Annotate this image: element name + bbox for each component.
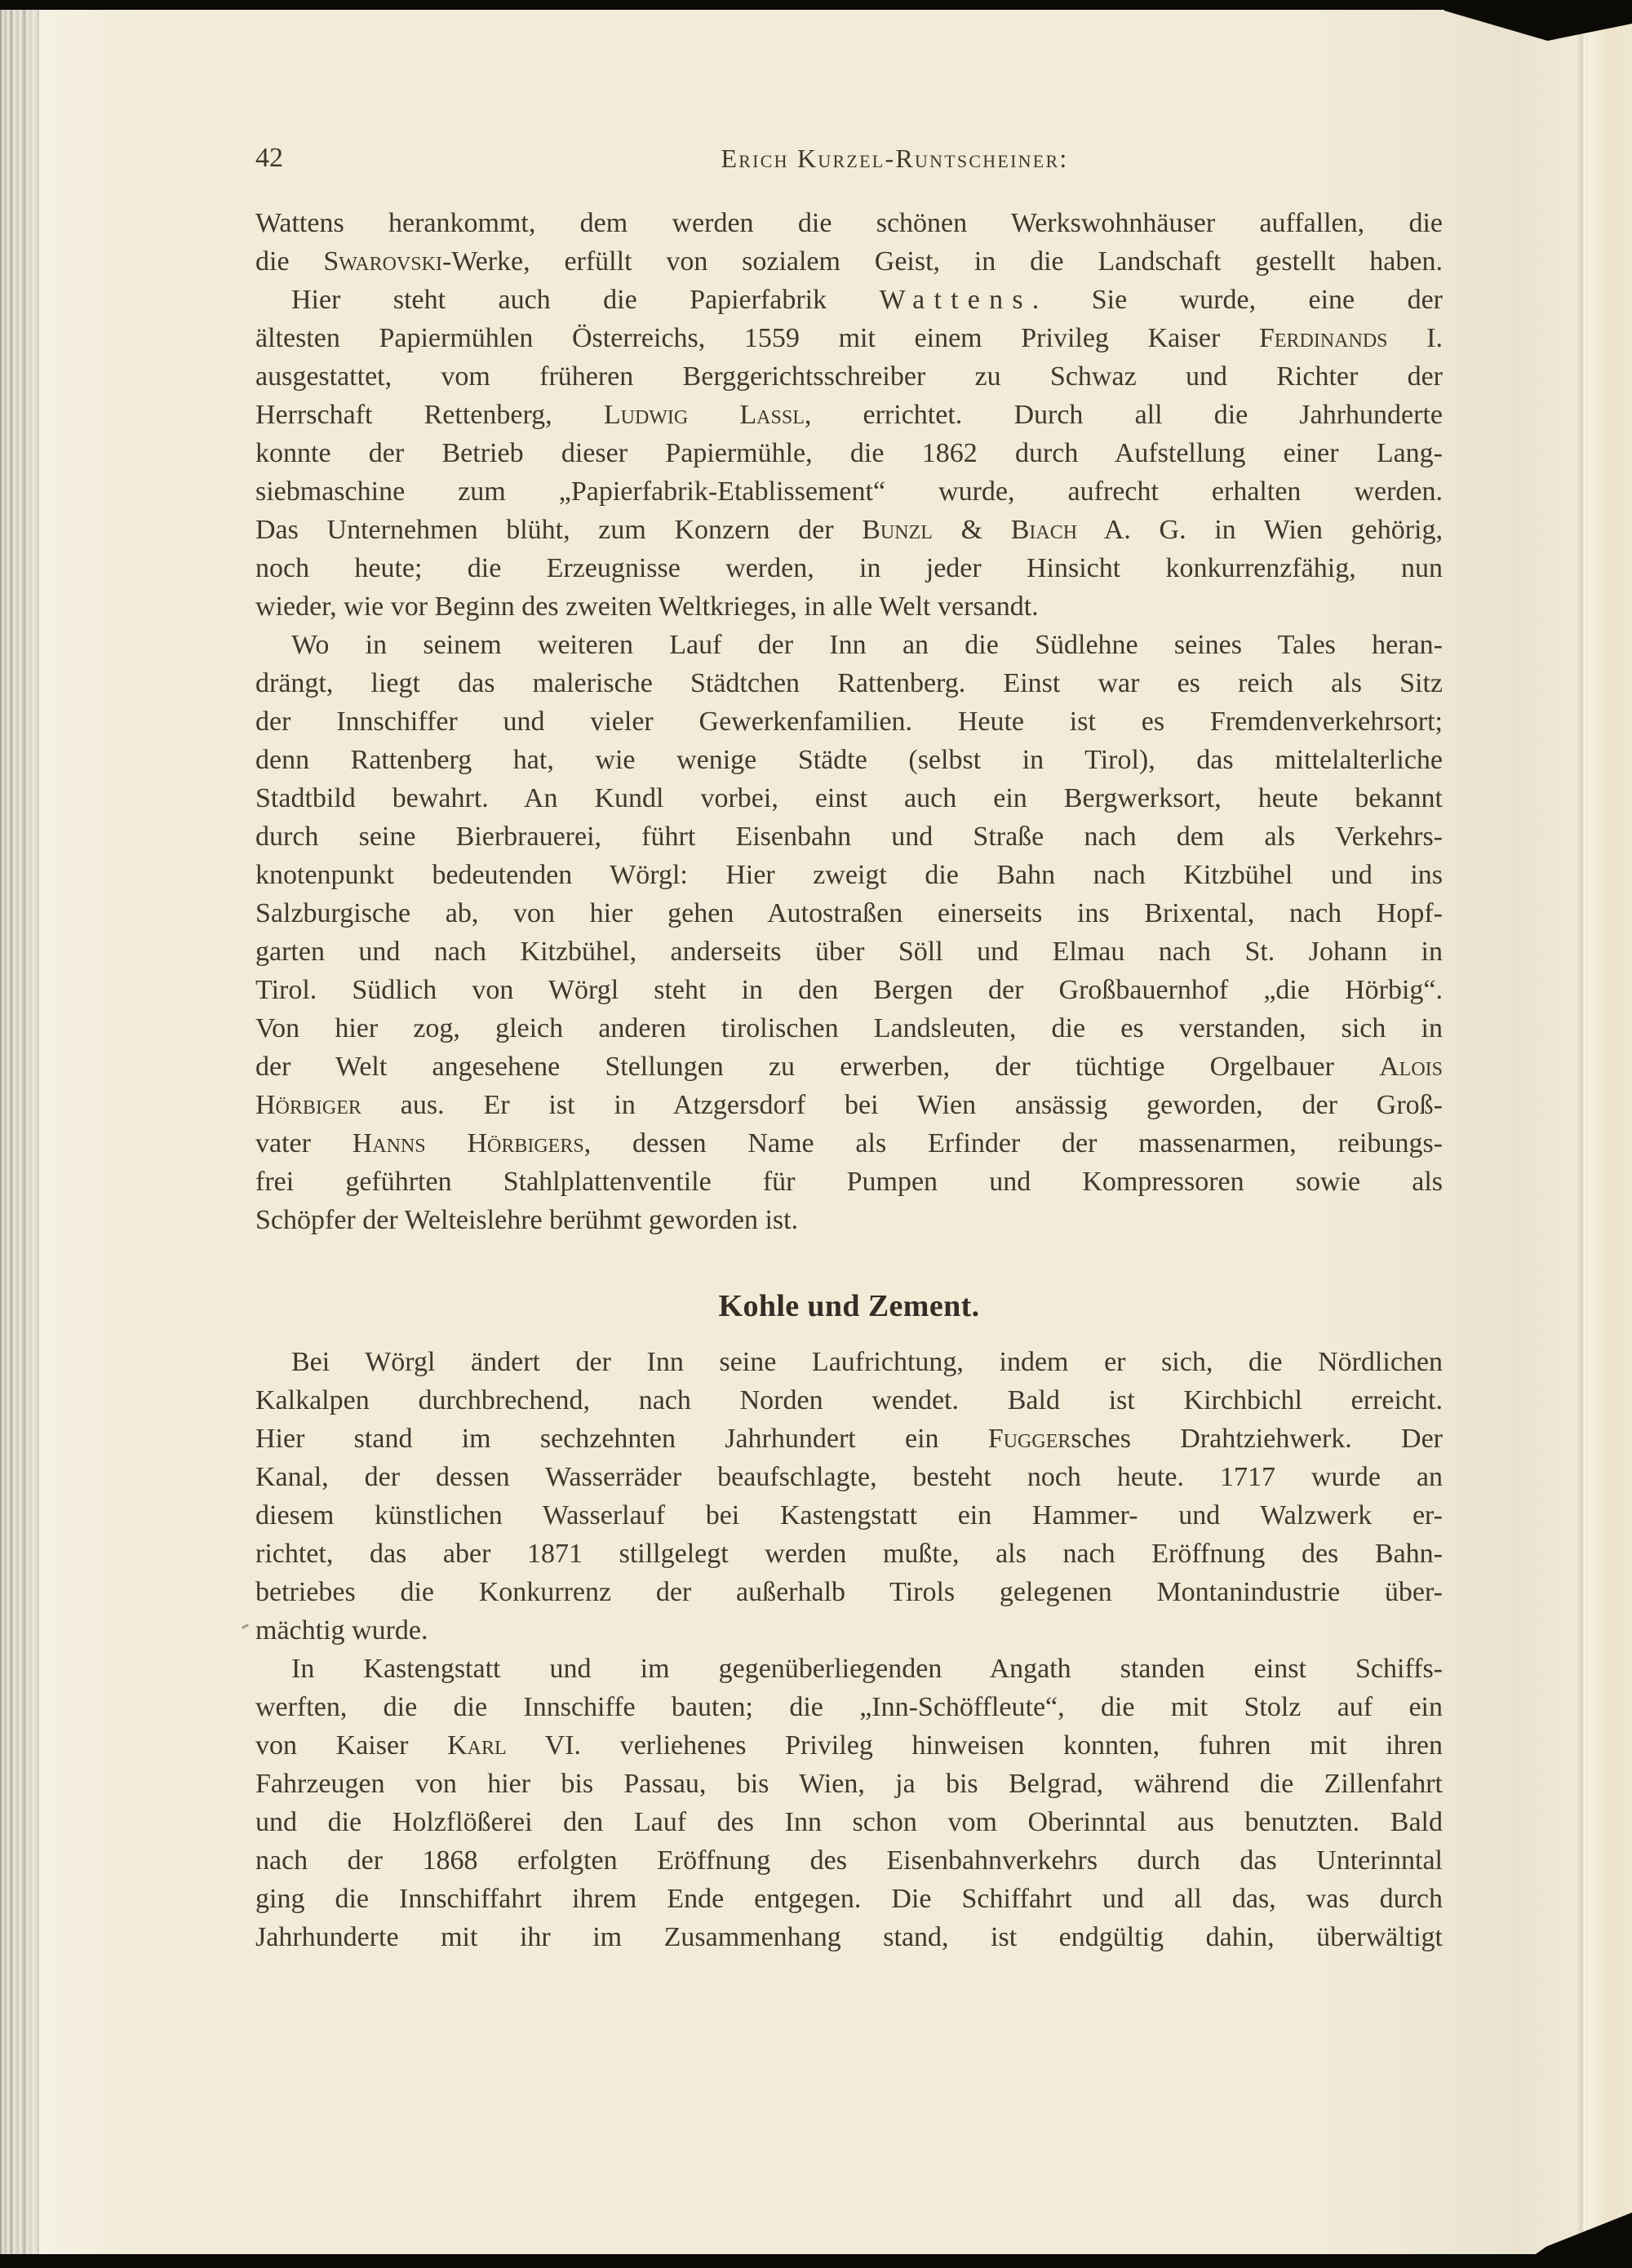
text-line: der Welt angesehene Stellungen zu erwerb…	[255, 1048, 1443, 1086]
text-segment: VI. verliehenes Privileg hinweisen konnt…	[507, 1730, 1443, 1761]
text-line: Herrschaft Rettenberg, Ludwig Lassl, err…	[255, 396, 1443, 434]
page-number: 42	[255, 140, 283, 176]
text-segment: Bei Wörgl ändert der Inn seine Laufricht…	[291, 1347, 1443, 1377]
small-caps-name: Alois	[1379, 1052, 1443, 1082]
text-segment: betriebes die Konkurrenz der außerhalb T…	[255, 1577, 1443, 1607]
text-line: Hörbiger aus. Er ist in Atzgersdorf bei …	[255, 1086, 1443, 1124]
text-body: Wattens herankommt, dem werden die schön…	[255, 204, 1443, 1956]
page-stack-edge	[0, 10, 39, 2257]
text-segment: durch seine Bierbrauerei, führt Eisenbah…	[255, 822, 1443, 852]
text-segment: Herrschaft Rettenberg,	[255, 400, 604, 430]
running-head: 42 Erich Kurzel-Runtscheiner:	[255, 140, 1443, 176]
paragraph: Bei Wörgl ändert der Inn seine Laufricht…	[255, 1343, 1443, 1650]
paragraph: In Kastengstatt und im gegenüberliegende…	[255, 1650, 1443, 1956]
text-segment: Jahrhunderte mit ihr im Zusammenhang sta…	[255, 1922, 1443, 1952]
text-line: Das Unternehmen blüht, zum Konzern der B…	[255, 511, 1443, 549]
text-line: mächtig wurde.	[255, 1611, 1443, 1650]
text-segment: ging die Innschiffahrt ihrem Ende entgeg…	[255, 1884, 1443, 1914]
text-segment: und die Holzflößerei den Lauf des Inn sc…	[255, 1807, 1443, 1837]
text-segment: Wattens herankommt, dem werden die schön…	[255, 208, 1443, 238]
text-line: Hier steht auch die Papierfabrik Wattens…	[255, 281, 1443, 319]
small-caps-name: Hörbiger	[255, 1090, 361, 1120]
text-segment: werften, die die Innschiffe bauten; die …	[255, 1692, 1443, 1722]
text-segment: nach der 1868 erfolgten Eröffnung des Ei…	[255, 1845, 1443, 1876]
text-line: werften, die die Innschiffe bauten; die …	[255, 1688, 1443, 1726]
text-line: diesem künstlichen Wasserlauf bei Kasten…	[255, 1496, 1443, 1535]
text-line: Schöpfer der Welteislehre berühmt geword…	[255, 1201, 1443, 1239]
text-segment: ausgestattet, vom früheren Berggerichtss…	[255, 361, 1443, 392]
text-segment: vater	[255, 1128, 353, 1158]
running-title: Erich Kurzel-Runtscheiner:	[255, 140, 1443, 176]
text-segment: Kalkalpen durchbrechend, nach Norden wen…	[255, 1385, 1443, 1415]
text-segment: Fahrzeugen von hier bis Passau, bis Wien…	[255, 1769, 1443, 1799]
text-segment: die	[255, 246, 323, 277]
text-segment: denn Rattenberg hat, wie wenige Städte (…	[255, 745, 1443, 775]
text-segment: Tirol. Südlich von Wörgl steht in den Be…	[255, 975, 1443, 1005]
text-segment: Hier stand im sechzehnten Jahrhundert ei…	[255, 1424, 988, 1454]
text-line: konnte der Betrieb dieser Papiermühle, d…	[255, 434, 1443, 472]
text-segment: Von hier zog, gleich anderen tirolischen…	[255, 1013, 1443, 1043]
text-line: knotenpunkt bedeutenden Wörgl: Hier zwei…	[255, 856, 1443, 894]
text-line: von Kaiser Karl VI. verliehenes Privileg…	[255, 1726, 1443, 1765]
text-line: Stadtbild bewahrt. An Kundl vorbei, eins…	[255, 779, 1443, 817]
text-line: nach der 1868 erfolgten Eröffnung des Ei…	[255, 1841, 1443, 1880]
text-line: ging die Innschiffahrt ihrem Ende entgeg…	[255, 1880, 1443, 1918]
text-segment: noch heute; die Erzeugnisse werden, in j…	[255, 553, 1443, 583]
text-segment: -Werke, erfüllt von sozialem Geist, in d…	[442, 246, 1443, 277]
text-segment: A. G. in Wien gehörig,	[1077, 515, 1443, 545]
small-caps-name: Fugger	[988, 1424, 1071, 1454]
text-line: siebmaschine zum „Papierfabrik-Etablisse…	[255, 472, 1443, 511]
small-caps-name: Hanns Hörbigers	[353, 1128, 584, 1158]
text-segment: der Innschiffer und vieler Gewerkenfamil…	[255, 707, 1443, 737]
text-segment: siebmaschine zum „Papierfabrik-Etablisse…	[255, 476, 1443, 507]
small-caps-name: Ludwig Lassl	[604, 400, 805, 430]
letterspaced-word: Wattens	[880, 285, 1032, 315]
text-line: garten und nach Kitzbühel, anderseits üb…	[255, 932, 1443, 971]
text-segment: wieder, wie vor Beginn des zweiten Weltk…	[255, 591, 1039, 622]
text-segment: Wo in seinem weiteren Lauf der Inn an di…	[291, 630, 1443, 660]
text-line: die Swarovski-Werke, erfüllt von soziale…	[255, 242, 1443, 281]
text-line: Von hier zog, gleich anderen tirolischen…	[255, 1009, 1443, 1048]
page-crease	[1577, 10, 1588, 2254]
text-line: Salzburgische ab, von hier gehen Autostr…	[255, 894, 1443, 932]
text-line: In Kastengstatt und im gegenüberliegende…	[255, 1650, 1443, 1688]
section-heading: Kohle und Zement.	[255, 1287, 1443, 1326]
text-segment: knotenpunkt bedeutenden Wörgl: Hier zwei…	[255, 860, 1443, 890]
small-caps-name: Swarovski	[323, 246, 442, 277]
text-line: Wattens herankommt, dem werden die schön…	[255, 204, 1443, 242]
text-line: Jahrhunderte mit ihr im Zusammenhang sta…	[255, 1918, 1443, 1956]
text-segment: . Sie wurde, eine der	[1032, 285, 1443, 315]
text-segment: Stadtbild bewahrt. An Kundl vorbei, eins…	[255, 783, 1443, 813]
text-line: richtet, das aber 1871 stillgelegt werde…	[255, 1535, 1443, 1573]
text-segment: ältesten Papiermühlen Österreichs, 1559 …	[255, 323, 1259, 353]
text-segment: drängt, liegt das malerische Städtchen R…	[255, 668, 1443, 698]
text-line: ausgestattet, vom früheren Berggerichtss…	[255, 357, 1443, 396]
text-segment: In Kastengstatt und im gegenüberliegende…	[291, 1654, 1443, 1684]
text-line: frei geführten Stahlplattenventile für P…	[255, 1163, 1443, 1201]
text-segment: frei geführten Stahlplattenventile für P…	[255, 1167, 1443, 1197]
text-segment: Salzburgische ab, von hier gehen Autostr…	[255, 898, 1443, 928]
text-line: noch heute; die Erzeugnisse werden, in j…	[255, 549, 1443, 587]
text-line: betriebes die Konkurrenz der außerhalb T…	[255, 1573, 1443, 1611]
text-line: durch seine Bierbrauerei, führt Eisenbah…	[255, 817, 1443, 856]
text-line: wieder, wie vor Beginn des zweiten Weltk…	[255, 587, 1443, 626]
text-segment: Hier steht auch die Papierfabrik	[291, 285, 880, 315]
text-line: Tirol. Südlich von Wörgl steht in den Be…	[255, 971, 1443, 1009]
text-line: Bei Wörgl ändert der Inn seine Laufricht…	[255, 1343, 1443, 1381]
text-segment: , dessen Name als Erfinder der massenarm…	[584, 1128, 1443, 1158]
text-segment: konnte der Betrieb dieser Papiermühle, d…	[255, 438, 1443, 468]
text-line: drängt, liegt das malerische Städtchen R…	[255, 664, 1443, 702]
text-segment: richtet, das aber 1871 stillgelegt werde…	[255, 1539, 1443, 1569]
scanned-book-photo: { "colors":{ "paper":"#f1ebd8", "paper-c…	[0, 0, 1632, 2268]
text-line: Kanal, der dessen Wasserräder beaufschla…	[255, 1458, 1443, 1496]
text-line: und die Holzflößerei den Lauf des Inn sc…	[255, 1803, 1443, 1841]
text-line: Wo in seinem weiteren Lauf der Inn an di…	[255, 626, 1443, 664]
text-line: der Innschiffer und vieler Gewerkenfamil…	[255, 702, 1443, 741]
text-segment: garten und nach Kitzbühel, anderseits üb…	[255, 937, 1443, 967]
text-segment: von Kaiser	[255, 1730, 447, 1761]
text-line: denn Rattenberg hat, wie wenige Städte (…	[255, 741, 1443, 779]
paragraph: Wo in seinem weiteren Lauf der Inn an di…	[255, 626, 1443, 1239]
page-curl-edge	[1588, 10, 1632, 2254]
text-segment: diesem künstlichen Wasserlauf bei Kasten…	[255, 1500, 1443, 1530]
text-line: Hier stand im sechzehnten Jahrhundert ei…	[255, 1420, 1443, 1458]
text-line: ältesten Papiermühlen Österreichs, 1559 …	[255, 319, 1443, 357]
text-segment: der Welt angesehene Stellungen zu erwerb…	[255, 1052, 1379, 1082]
paragraph: Wattens herankommt, dem werden die schön…	[255, 204, 1443, 281]
text-segment: sches Drahtziehwerk. Der	[1071, 1424, 1443, 1454]
text-line: Kalkalpen durchbrechend, nach Norden wen…	[255, 1381, 1443, 1420]
paragraph: Hier steht auch die Papierfabrik Wattens…	[255, 281, 1443, 626]
text-segment: Kanal, der dessen Wasserräder beaufschla…	[255, 1462, 1443, 1492]
small-caps-name: Ferdinands	[1259, 323, 1388, 353]
small-caps-name: Biach	[1011, 515, 1077, 545]
text-segment: Schöpfer der Welteislehre berühmt geword…	[255, 1205, 798, 1235]
small-caps-name: Karl	[447, 1730, 507, 1761]
small-caps-name: Bunzl	[862, 515, 933, 545]
text-segment: , errichtet. Durch all die Jahrhunderte	[805, 400, 1443, 430]
bottom-scan-border	[0, 2254, 1632, 2268]
text-segment: &	[933, 515, 1011, 545]
text-segment: I.	[1388, 323, 1443, 353]
text-segment: mächtig wurde.	[255, 1615, 428, 1646]
text-segment: Das Unternehmen blüht, zum Konzern der	[255, 515, 862, 545]
text-line: vater Hanns Hörbigers, dessen Name als E…	[255, 1124, 1443, 1163]
text-segment: aus. Er ist in Atzgersdorf bei Wien ansä…	[361, 1090, 1443, 1120]
text-line: Fahrzeugen von hier bis Passau, bis Wien…	[255, 1765, 1443, 1803]
